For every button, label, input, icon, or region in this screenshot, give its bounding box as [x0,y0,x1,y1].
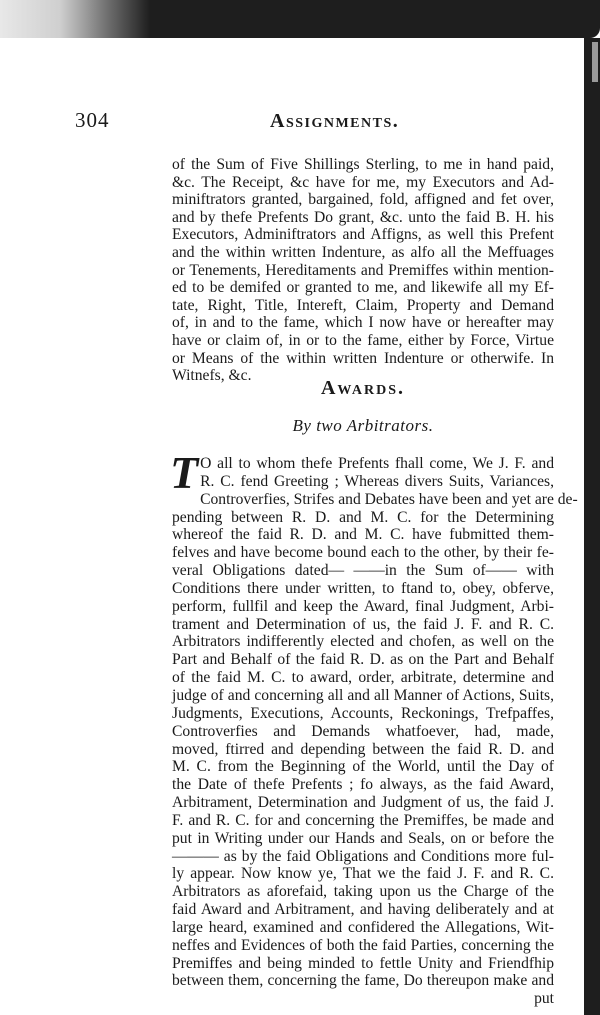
text-line: neffes and Evidences of both the faid Pa… [172,937,554,955]
section-subtitle: By two Arbitrators. [172,416,554,436]
text-line: Controverfies and Demands whatfoever, ha… [172,723,554,741]
scan-border-right [584,38,600,1015]
page-edge-curve [505,38,585,46]
text-line: Controverfies, Strifes and Debates have … [172,491,554,509]
text-line: of, in and to the fame, which I now have… [172,314,554,332]
text-line: ly appear. Now know ye, That we the faid… [172,865,554,883]
text-line: miniftrators granted, bargained, fold, a… [172,191,554,209]
text-line: Arbitrament, Determination and Judgment … [172,794,554,812]
text-line: between them, concerning the fame, Do th… [172,972,554,990]
text-line: large heard, examined and confidered the… [172,919,554,937]
text-line: R. C. fend Greeting ; Whereas divers Sui… [172,473,554,491]
text-line: veral Obligations dated— ——in the Sum of… [172,562,554,580]
award-paragraph: T O all to whom thefe Prefents fhall com… [172,455,554,1008]
text-line: and by thefe Prefents Do grant, &c. unto… [172,209,554,227]
catchword: put [172,990,554,1008]
text-line: Premiffes and being minded to fettle Uni… [172,955,554,973]
continuation-paragraph: of the Sum of Five Shillings Sterling, t… [172,156,554,385]
text-line: ed to be demifed or granted to me, and l… [172,279,554,297]
scan-border-top [0,0,600,38]
text-line: tate, Right, Title, Intereft, Claim, Pro… [172,297,554,315]
text-line: put in Writing under our Hands and Seals… [172,830,554,848]
drop-cap: T [170,455,198,491]
text-line: moved, ftirred and depending between the… [172,741,554,759]
text-line: or Tenements, Hereditaments and Premiffe… [172,262,554,280]
text-line: Arbitrators indifferently elected and ch… [172,633,554,651]
text-line: faid Award and Arbitrament, and having d… [172,901,554,919]
text-line: F. and R. C. for and concerning the Prem… [172,812,554,830]
text-line: judge of and concerning all and all Mann… [172,687,554,705]
text-line: O all to whom thefe Prefents fhall come,… [172,455,554,473]
text-line: &c. The Receipt, &c have for me, my Exec… [172,174,554,192]
text-line: M. C. from the Beginning of the World, u… [172,758,554,776]
page-header: 304 Assignments. [75,108,535,138]
text-line: of the faid M. C. to award, order, arbit… [172,669,554,687]
text-line: have or claim of, in or to the fame, eit… [172,332,554,350]
text-line: and the within written Indenture, as alf… [172,244,554,262]
text-line: felves and have become bound each to the… [172,544,554,562]
text-line: of the Sum of Five Shillings Sterling, t… [172,156,554,174]
text-line: the Date of thefe Prefents ; fo always, … [172,776,554,794]
text-line: pending between R. D. and M. C. for the … [172,509,554,527]
section-title: Awards. [172,377,554,400]
text-line: Judgments, Executions, Accounts, Reckoni… [172,705,554,723]
text-line: Arbitrators as aforefaid, taking upon us… [172,883,554,901]
text-line: perform, fullfil and keep the Award, fin… [172,598,554,616]
text-line: ——— as by the faid Obligations and Condi… [172,848,554,866]
text-line: Conditions there under written, to ftand… [172,580,554,598]
text-line: whereof the faid R. D. and M. C. have fu… [172,526,554,544]
running-head: Assignments. [270,110,399,133]
text-line: Part and Behalf of the faid R. D. as on … [172,651,554,669]
page-number: 304 [75,108,110,133]
text-line: Executors, Adminiftrators and Affigns, a… [172,226,554,244]
text-line: trament and Determination of us, the fai… [172,616,554,634]
scan-artifact [592,42,598,82]
text-line: or Means of the within written Indenture… [172,350,554,368]
